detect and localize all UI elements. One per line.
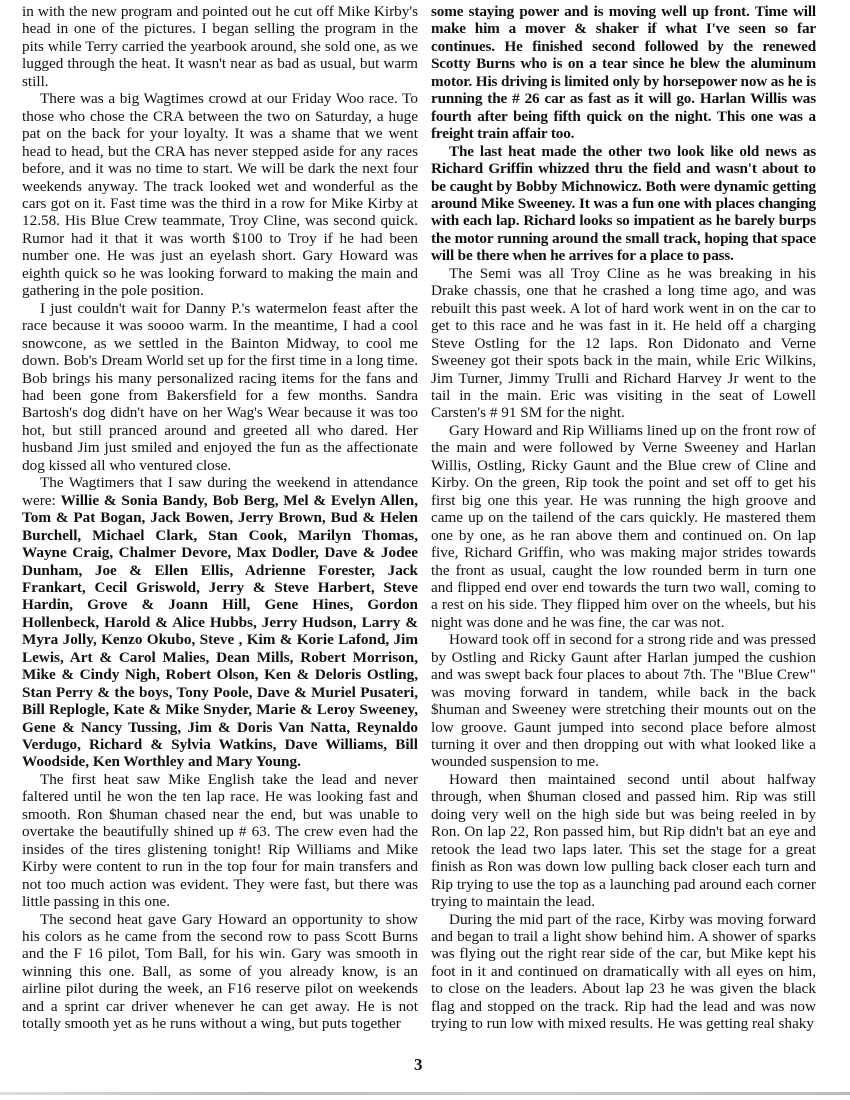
paragraph-second-heat: The second heat gave Gary Howard an oppo… bbox=[22, 911, 418, 1033]
paragraph-mid-race: During the mid part of the race, Kirby w… bbox=[431, 911, 816, 1033]
right-column: some staying power and is moving well up… bbox=[431, 3, 816, 1033]
paragraph-last-heat: The last heat made the other two look li… bbox=[431, 143, 816, 265]
paragraph-semi: The Semi was all Troy Cline as he was br… bbox=[431, 265, 816, 422]
paragraph-friday-woo-race: There was a big Wagtimes crowd at our Fr… bbox=[22, 90, 418, 299]
scan-bottom-edge bbox=[0, 1092, 850, 1095]
paragraph-first-heat: The first heat saw Mike English take the… bbox=[22, 771, 418, 911]
paragraph-second-heat-continued: some staying power and is moving well up… bbox=[431, 3, 816, 143]
paragraph-howard-second: Howard took off in second for a strong r… bbox=[431, 631, 816, 771]
paragraph-program-selling: in with the new program and pointed out … bbox=[22, 3, 418, 90]
newsletter-page: in with the new program and pointed out … bbox=[0, 0, 850, 1100]
paragraph-halfway: Howard then maintained second until abou… bbox=[431, 771, 816, 911]
paragraph-wagtimers-attendance: The Wagtimers that I saw during the week… bbox=[22, 474, 418, 771]
attendance-names-list: Willie & Sonia Bandy, Bob Berg, Mel & Ev… bbox=[22, 492, 418, 771]
left-column: in with the new program and pointed out … bbox=[22, 3, 418, 1033]
paragraph-main-start: Gary Howard and Rip Williams lined up on… bbox=[431, 422, 816, 631]
paragraph-watermelon-feast: I just couldn't wait for Danny P.'s wate… bbox=[22, 300, 418, 475]
page-number: 3 bbox=[414, 1055, 423, 1075]
